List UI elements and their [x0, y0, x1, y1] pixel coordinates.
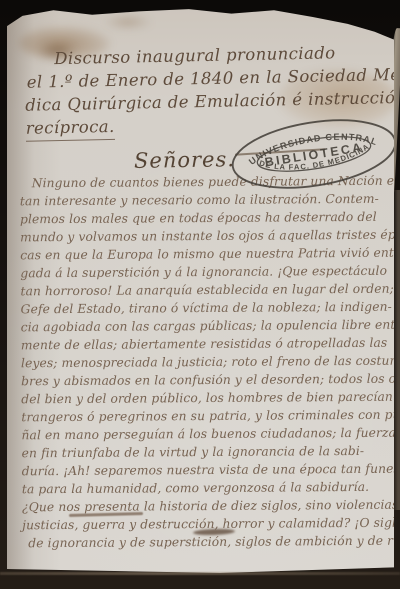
title-line-underlined: recíproca.	[26, 115, 115, 142]
salutation-heading: Señores.	[134, 147, 235, 173]
page-stack-edge	[393, 190, 400, 510]
body-text-block: Ninguno de cuantos bienes puede disfruta…	[20, 172, 399, 553]
manuscript-photo: Discurso inaugural pronunciado el 1.º de…	[0, 0, 400, 589]
table-edge-highlight	[0, 572, 400, 575]
body-line: de ignorancia y de superstición, siglos …	[22, 532, 398, 553]
paper-stain	[103, 14, 153, 30]
manuscript-page: Discurso inaugural pronunciado el 1.º de…	[7, 8, 394, 573]
